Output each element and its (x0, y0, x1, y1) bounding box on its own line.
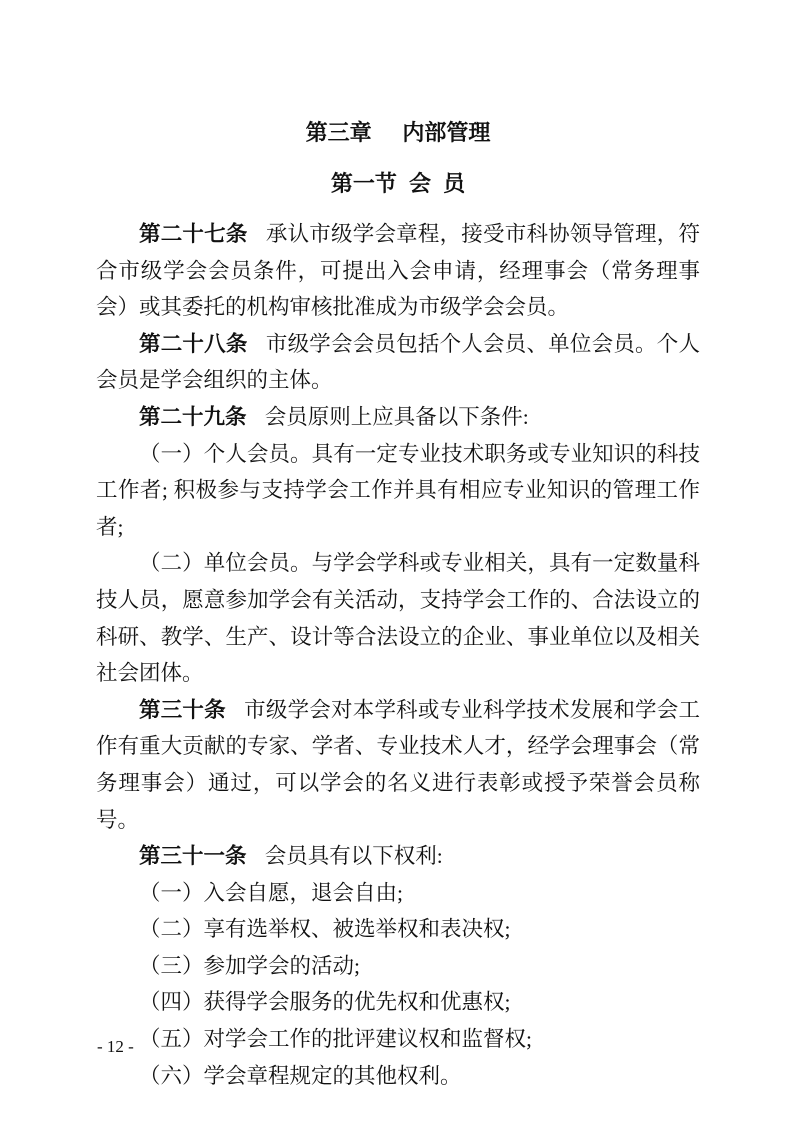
paragraph-text: （五）对学会工作的批评建议权和监督权; (139, 1027, 532, 1051)
chapter-heading: 第三章内部管理 (96, 118, 700, 148)
paragraph-text: （一）个人会员。具有一定专业技术职务或专业知识的科技工作者; 积极参与支持学会工… (96, 442, 700, 539)
paragraph: （一）入会自愿，退会自由; (96, 875, 700, 912)
paragraph: 第三十一条会员具有以下权利: (96, 838, 700, 875)
section-title: 会 员 (409, 171, 465, 196)
paragraph: 第二十九条会员原则上应具备以下条件: (96, 399, 700, 436)
paragraph: （二）享有选举权、被选举权和表决权; (96, 911, 700, 948)
article-number: 第二十七条 (139, 222, 266, 246)
paragraph: （四）获得学会服务的优先权和优惠权; (96, 984, 700, 1021)
article-number: 第二十九条 (139, 405, 265, 429)
paragraph-text: （一）入会自愿，退会自由; (139, 881, 403, 905)
paragraph-text: （六）学会章程规定的其他权利。 (139, 1064, 462, 1088)
chapter-title: 内部管理 (402, 120, 490, 145)
paragraph: （三）参加学会的活动; (96, 948, 700, 985)
paragraph-text: 会员具有以下权利: (265, 844, 443, 868)
document-page: 第三章内部管理 第一节会 员 第二十七条承认市级学会章程，接受市科协领导管理，符… (0, 0, 794, 1122)
document-body: 第二十七条承认市级学会章程，接受市科协领导管理，符合市级学会会员条件，可提出入会… (96, 216, 700, 1094)
article-number: 第三十一条 (139, 844, 265, 868)
paragraph-text: （四）获得学会服务的优先权和优惠权; (139, 990, 510, 1014)
paragraph-text: （二）单位会员。与学会学科或专业相关，具有一定数量科技人员，愿意参加学会有关活动… (96, 551, 700, 685)
page-number: - 12 - (97, 1036, 134, 1058)
paragraph: 第二十八条市级学会会员包括个人会员、单位会员。个人会员是学会组织的主体。 (96, 326, 700, 399)
paragraph: 第二十七条承认市级学会章程，接受市科协领导管理，符合市级学会会员条件，可提出入会… (96, 216, 700, 326)
chapter-number: 第三章 (306, 120, 372, 145)
paragraph: （五）对学会工作的批评建议权和监督权; (96, 1021, 700, 1058)
paragraph: 第三十条市级学会对本学科或专业科学技术发展和学会工作有重大贡献的专家、学者、专业… (96, 692, 700, 838)
paragraph-text: （三）参加学会的活动; (139, 954, 360, 978)
paragraph: （二）单位会员。与学会学科或专业相关，具有一定数量科技人员，愿意参加学会有关活动… (96, 545, 700, 691)
article-number: 第二十八条 (139, 332, 266, 356)
paragraph: （一）个人会员。具有一定专业技术职务或专业知识的科技工作者; 积极参与支持学会工… (96, 436, 700, 546)
paragraph-text: 会员原则上应具备以下条件: (265, 405, 529, 429)
paragraph-text: （二）享有选举权、被选举权和表决权; (139, 917, 510, 941)
section-heading: 第一节会 员 (96, 169, 700, 199)
paragraph: （六）学会章程规定的其他权利。 (96, 1058, 700, 1095)
section-number: 第一节 (331, 171, 397, 196)
article-number: 第三十条 (139, 698, 244, 722)
